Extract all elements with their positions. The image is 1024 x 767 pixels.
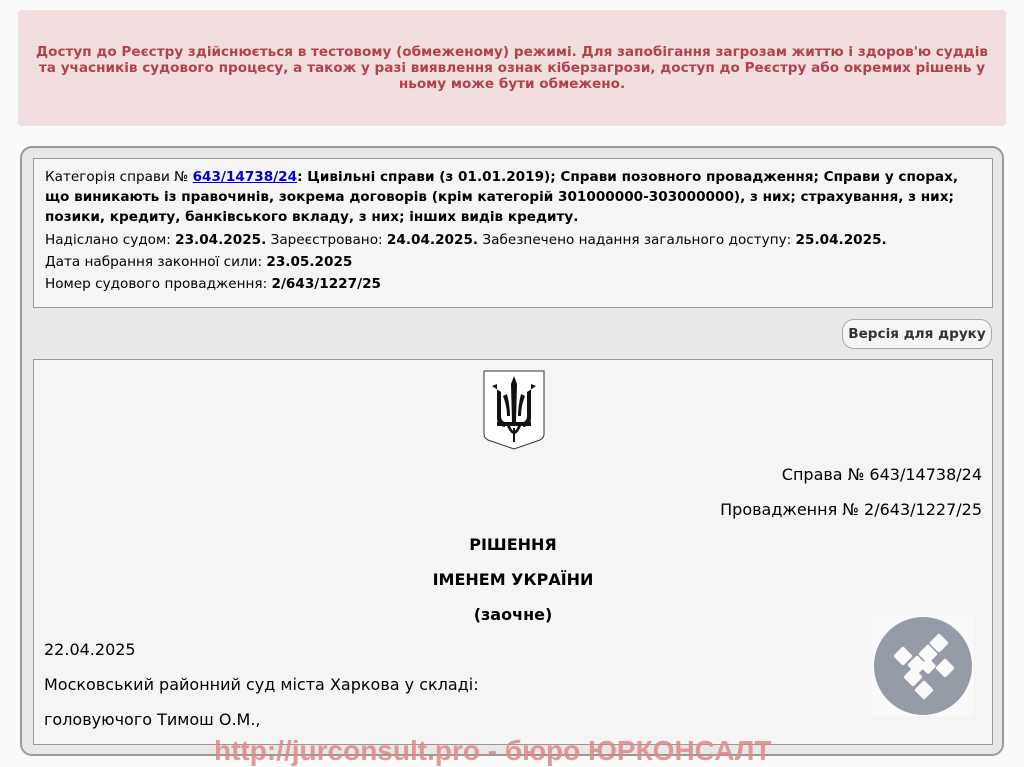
access-date: 25.04.2025. — [796, 232, 887, 248]
watermark-text: http://jurconsult.pro - бюро ЮРКОНСАЛТ — [214, 735, 814, 767]
registered-date: 24.04.2025. — [387, 232, 478, 248]
print-version-button[interactable]: Версія для друку — [842, 319, 992, 349]
case-number-link[interactable]: 643/14738/24 — [193, 169, 298, 185]
proceeding-label: Номер судового провадження: — [45, 276, 272, 292]
access-warning-banner: Доступ до Реєстру здійснюється в тестово… — [18, 10, 1006, 126]
stamp-logo-icon — [872, 616, 974, 716]
decision-type: (заочне) — [34, 605, 992, 625]
presiding-judge: головуючого Тимош О.М., — [44, 710, 261, 730]
coat-of-arms-icon — [483, 370, 545, 450]
sent-label: Надіслано судом: — [45, 232, 175, 248]
access-label: Забезпечено надання загального доступу: — [478, 232, 795, 248]
effective-date-line: Дата набрання законної сили: 23.05.2025 — [45, 251, 981, 273]
court-name: Московський районний суд міста Харкова у… — [44, 675, 479, 695]
case-dates: Надіслано судом: 23.04.2025. Зареєстрова… — [45, 229, 981, 251]
decision-document: Справа № 643/14738/24 Провадження № 2/64… — [33, 359, 993, 745]
registered-label: Зареєстровано: — [266, 232, 387, 248]
case-metadata-panel: Категорія справи № 643/14738/24: Цивільн… — [33, 158, 993, 308]
access-warning-text: Доступ до Реєстру здійснюється в тестово… — [32, 44, 992, 92]
case-number-heading: Справа № 643/14738/24 — [782, 465, 982, 485]
case-category: Категорія справи № 643/14738/24: Цивільн… — [45, 167, 981, 227]
proceeding-number: 2/643/1227/25 — [272, 276, 381, 292]
proceeding-number-heading: Провадження № 2/643/1227/25 — [720, 500, 982, 520]
decision-subtitle: ІМЕНЕМ УКРАЇНИ — [34, 570, 992, 590]
effective-label: Дата набрання законної сили: — [45, 254, 266, 270]
decision-date: 22.04.2025 — [44, 640, 136, 660]
category-label: Категорія справи № — [45, 169, 193, 185]
effective-date: 23.05.2025 — [266, 254, 352, 270]
decision-container: Категорія справи № 643/14738/24: Цивільн… — [20, 146, 1004, 756]
proceeding-number-line: Номер судового провадження: 2/643/1227/2… — [45, 273, 981, 295]
decision-title: РІШЕННЯ — [34, 535, 992, 555]
sent-date: 23.04.2025. — [175, 232, 266, 248]
